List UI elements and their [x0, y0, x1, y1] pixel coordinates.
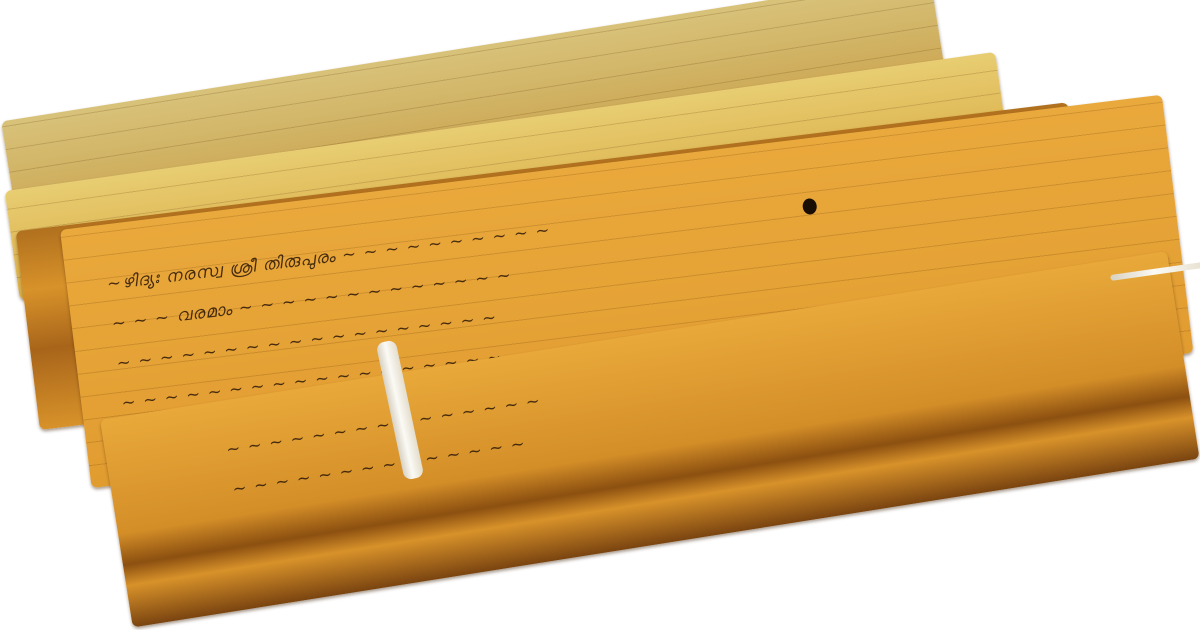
manuscript-photo: Bundle of palm-leaf manuscripts with han…: [0, 0, 1200, 630]
